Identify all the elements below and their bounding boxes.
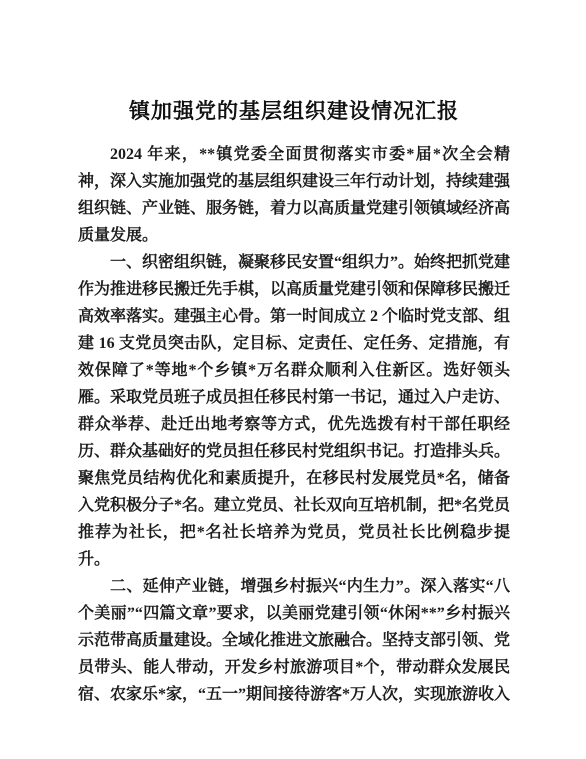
document-page: 镇加强党的基层组织建设情况汇报 2024 年来，**镇党委全面贯彻落实市委*届*…	[0, 0, 586, 759]
paragraph-intro: 2024 年来，**镇党委全面贯彻落实市委*届*次全会精神，深入实施加强党的基层…	[78, 141, 510, 249]
paragraph-section-two: 二、延伸产业链，增强乡村振兴“内生力”。深入落实“八个美丽”“四篇文章”要求，以…	[78, 573, 510, 708]
document-title: 镇加强党的基层组织建设情况汇报	[78, 96, 510, 127]
paragraph-section-one: 一、织密组织链，凝聚移民安置“组织力”。始终把抓党建作为推进移民搬迁先手棋，以高…	[78, 249, 510, 573]
